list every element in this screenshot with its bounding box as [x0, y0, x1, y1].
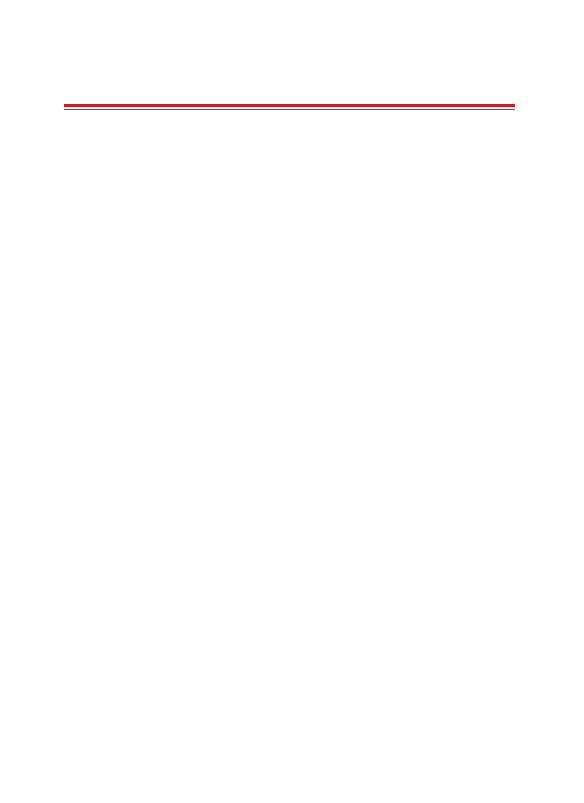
- letterhead-rule-thick: [64, 104, 515, 107]
- letterhead-rule-thin: [64, 109, 515, 110]
- document-page: [0, 0, 584, 803]
